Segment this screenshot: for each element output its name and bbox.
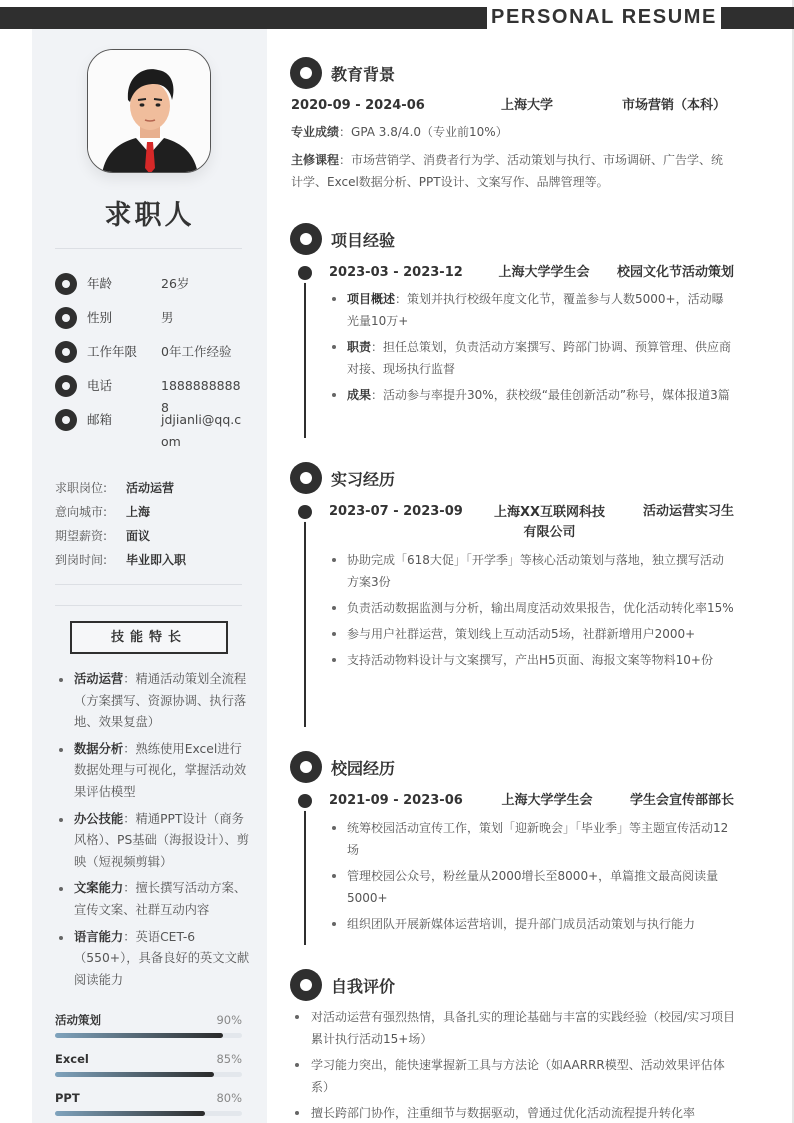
info-label: 年龄 bbox=[87, 273, 161, 295]
skill-label: 数据分析 bbox=[74, 742, 123, 756]
skill-item: 文案能力：擅长撰写活动方案、宣传文案、社群互动内容 bbox=[55, 878, 250, 921]
candidate-name: 求职人 bbox=[32, 193, 267, 232]
ring-bullet-icon bbox=[55, 409, 77, 431]
timeline-line bbox=[304, 800, 306, 945]
section-internship: 实习经历 bbox=[290, 462, 395, 494]
skill-label: 语言能力 bbox=[74, 930, 123, 944]
education-date: 2020-09 - 2024-06 bbox=[291, 97, 425, 115]
skill-item: 数据分析：熟练使用Excel进行数据处理与可视化，掌握活动效果评估模型 bbox=[55, 739, 250, 804]
campus-bullets: 统筹校园活动宣传工作，策划「迎新晚会」「毕业季」等主题宣传活动12场 管理校园公… bbox=[329, 817, 734, 939]
section-title: 自我评价 bbox=[331, 974, 395, 997]
info-value: 男 bbox=[161, 307, 243, 329]
skill-bar-fill bbox=[55, 1111, 205, 1116]
project-date: 2023-03 - 2023-12 bbox=[329, 264, 479, 282]
timeline-line bbox=[304, 272, 306, 438]
bullet-text: ：活动参与率提升30%，获校级“最佳创新活动”称号，媒体报道3篇 bbox=[371, 388, 730, 402]
sidebar: 求职人 年龄 26岁 性别 男 工作年限 0年工作经验 电话 188888888… bbox=[32, 29, 267, 1123]
internship-bullet: 负责活动数据监测与分析，输出周度活动效果报告，优化活动转化率15% bbox=[329, 597, 734, 619]
skill-bar-name: PPT bbox=[55, 1091, 80, 1105]
job-row-availability: 到岗时间:毕业即入职 bbox=[55, 552, 186, 568]
info-row-gender: 性别 男 bbox=[55, 307, 243, 329]
skill-label: 文案能力 bbox=[74, 881, 123, 895]
section-title: 教育背景 bbox=[331, 62, 395, 85]
internship-company: 上海XX互联网科技有限公司 bbox=[492, 503, 607, 543]
project-role: 校园文化节活动策划 bbox=[617, 264, 734, 282]
skill-bar-excel: Excel85% bbox=[55, 1052, 242, 1077]
campus-org: 上海大学学生会 bbox=[489, 792, 605, 810]
campus-bullet: 管理校园公众号，粉丝量从2000增长至8000+，单篇推文最高阅读量5000+ bbox=[329, 865, 734, 909]
info-label: 工作年限 bbox=[87, 341, 161, 363]
education-major: 市场营销（本科） bbox=[622, 97, 726, 115]
section-ring-icon bbox=[290, 751, 322, 783]
ring-bullet-icon bbox=[55, 273, 77, 295]
section-self-evaluation: 自我评价 bbox=[290, 969, 395, 1001]
gpa-label: 专业成绩 bbox=[291, 125, 339, 139]
email-value[interactable]: jdjianli@qq.com bbox=[161, 409, 243, 453]
education-school: 上海大学 bbox=[501, 97, 553, 115]
bullet-text: ：策划并执行校级年度文化节，覆盖参与人数5000+，活动曝光量10万+ bbox=[347, 292, 724, 328]
section-ring-icon bbox=[290, 969, 322, 1001]
job-row-city: 意向城市:上海 bbox=[55, 504, 150, 520]
timeline-dot-icon bbox=[298, 505, 312, 519]
info-row-email: 邮箱 jdjianli@qq.com bbox=[55, 409, 243, 431]
skill-item: 办公技能：精通PPT设计（商务风格）、PS基础（海报设计）、剪映（短视频剪辑） bbox=[55, 809, 250, 874]
bullet-label: 职责 bbox=[347, 340, 371, 354]
skill-bar-track bbox=[55, 1033, 242, 1038]
info-value: 0年工作经验 bbox=[161, 341, 243, 363]
skill-bar-percent: 90% bbox=[216, 1013, 242, 1027]
info-value: 26岁 bbox=[161, 273, 243, 295]
section-ring-icon bbox=[290, 223, 322, 255]
section-title: 校园经历 bbox=[331, 756, 395, 779]
self-evaluation-item: 对活动运营有强烈热情，具备扎实的理论基础与丰富的实践经验（校园/实习项目累计执行… bbox=[289, 1006, 739, 1050]
skill-bar-name: 活动策划 bbox=[55, 1013, 101, 1027]
ring-bullet-icon bbox=[55, 341, 77, 363]
job-value: 面议 bbox=[126, 529, 150, 543]
project-bullets: 项目概述：策划并执行校级年度文化节，覆盖参与人数5000+，活动曝光量10万+ … bbox=[329, 288, 734, 410]
courses-label: 主修课程 bbox=[291, 153, 339, 167]
job-value: 活动运营 bbox=[126, 481, 174, 495]
internship-header: 2023-07 - 2023-09 上海XX互联网科技有限公司 活动运营实习生 bbox=[329, 503, 734, 543]
ring-bullet-icon bbox=[55, 375, 77, 397]
project-org: 上海大学学生会 bbox=[489, 264, 599, 282]
section-projects: 项目经验 bbox=[290, 223, 395, 255]
self-evaluation-item: 擅长跨部门协作，注重细节与数据驱动，曾通过优化活动流程提升转化率 bbox=[289, 1102, 739, 1123]
info-label: 邮箱 bbox=[87, 409, 161, 431]
skill-bar-ppt: PPT80% bbox=[55, 1091, 242, 1116]
education-courses: 主修课程：市场营销学、消费者行为学、活动策划与执行、市场调研、广告学、统计学、E… bbox=[291, 149, 731, 193]
divider bbox=[55, 605, 242, 606]
avatar-portrait-icon bbox=[88, 50, 211, 173]
main-content: 教育背景 2020-09 - 2024-06 上海大学 市场营销（本科） 专业成… bbox=[283, 29, 763, 1123]
internship-bullet: 支持活动物料设计与文案撰写，产出H5页面、海报文案等物料10+份 bbox=[329, 649, 734, 671]
campus-date: 2021-09 - 2023-06 bbox=[329, 792, 479, 810]
ring-bullet-icon bbox=[55, 307, 77, 329]
self-evaluation-list: 对活动运营有强烈热情，具备扎实的理论基础与丰富的实践经验（校园/实习项目累计执行… bbox=[289, 1006, 739, 1123]
timeline-line bbox=[304, 511, 306, 727]
job-label: 求职岗位: bbox=[55, 480, 126, 496]
skill-bar-track bbox=[55, 1111, 242, 1116]
campus-bullet: 组织团队开展新媒体运营培训，提升部门成员活动策划与执行能力 bbox=[329, 913, 734, 935]
bullet-label: 成果 bbox=[347, 388, 371, 402]
job-label: 期望薪资: bbox=[55, 528, 126, 544]
self-evaluation-item: 学习能力突出，能快速掌握新工具与方法论（如AARRR模型、活动效果评估体系） bbox=[289, 1054, 739, 1098]
skill-bar-name: Excel bbox=[55, 1052, 89, 1066]
section-title: 项目经验 bbox=[331, 228, 395, 251]
info-label: 电话 bbox=[87, 375, 161, 397]
skill-item: 语言能力：英语CET-6（550+），具备良好的英文文献阅读能力 bbox=[55, 927, 250, 992]
section-campus: 校园经历 bbox=[290, 751, 395, 783]
job-value: 毕业即入职 bbox=[126, 553, 186, 567]
section-ring-icon bbox=[290, 57, 322, 89]
internship-bullet: 参与用户社群运营，策划线上互动活动5场，社群新增用户2000+ bbox=[329, 623, 734, 645]
section-ring-icon bbox=[290, 462, 322, 494]
timeline-dot-icon bbox=[298, 794, 312, 808]
courses-text: ：市场营销学、消费者行为学、活动策划与执行、市场调研、广告学、统计学、Excel… bbox=[291, 153, 723, 189]
project-bullet: 项目概述：策划并执行校级年度文化节，覆盖参与人数5000+，活动曝光量10万+ bbox=[329, 288, 734, 332]
resume-page: PERSONAL RESUME 求职人 年龄 26岁 bbox=[0, 0, 794, 1123]
campus-bullet: 统筹校园活动宣传工作，策划「迎新晚会」「毕业季」等主题宣传活动12场 bbox=[329, 817, 734, 861]
divider bbox=[55, 584, 242, 585]
skill-bar-percent: 85% bbox=[216, 1052, 242, 1066]
timeline-dot-icon bbox=[298, 266, 312, 280]
skill-bar-fill bbox=[55, 1072, 214, 1077]
job-row-salary: 期望薪资:面议 bbox=[55, 528, 150, 544]
skill-bar-fill bbox=[55, 1033, 223, 1038]
gpa-text: ：GPA 3.8/4.0（专业前10%） bbox=[339, 125, 508, 139]
skills-section-title: 技能特长 bbox=[70, 621, 228, 654]
skill-label: 活动运营 bbox=[74, 672, 123, 686]
info-row-experience: 工作年限 0年工作经验 bbox=[55, 341, 243, 363]
bullet-text: ：担任总策划，负责活动方案撰写、跨部门协调、预算管理、供应商对接、现场执行监督 bbox=[347, 340, 731, 376]
info-row-phone: 电话 18888888888 bbox=[55, 375, 243, 397]
info-row-age: 年龄 26岁 bbox=[55, 273, 243, 295]
info-label: 性别 bbox=[87, 307, 161, 329]
job-label: 到岗时间: bbox=[55, 552, 126, 568]
avatar bbox=[87, 49, 211, 173]
internship-bullet: 协助完成「618大促」「开学季」等核心活动策划与落地，独立撰写活动方案3份 bbox=[329, 549, 734, 593]
skill-label: 办公技能 bbox=[74, 812, 123, 826]
internship-date: 2023-07 - 2023-09 bbox=[329, 503, 479, 521]
section-education: 教育背景 bbox=[290, 57, 395, 89]
job-label: 意向城市: bbox=[55, 504, 126, 520]
resume-title: PERSONAL RESUME bbox=[487, 6, 721, 29]
job-row-position: 求职岗位:活动运营 bbox=[55, 480, 174, 496]
skill-item: 活动运营：精通活动策划全流程（方案撰写、资源协调、执行落地、效果复盘） bbox=[55, 669, 250, 734]
section-title: 实习经历 bbox=[331, 467, 395, 490]
internship-bullets: 协助完成「618大促」「开学季」等核心活动策划与落地，独立撰写活动方案3份 负责… bbox=[329, 549, 734, 675]
skill-bar-percent: 80% bbox=[216, 1091, 242, 1105]
job-value: 上海 bbox=[126, 505, 150, 519]
skills-list: 活动运营：精通活动策划全流程（方案撰写、资源协调、执行落地、效果复盘） 数据分析… bbox=[55, 669, 250, 996]
project-bullet: 职责：担任总策划，负责活动方案撰写、跨部门协调、预算管理、供应商对接、现场执行监… bbox=[329, 336, 734, 380]
bullet-label: 项目概述 bbox=[347, 292, 395, 306]
campus-role: 学生会宣传部部长 bbox=[630, 792, 734, 810]
divider bbox=[55, 248, 242, 249]
education-gpa: 专业成绩：GPA 3.8/4.0（专业前10%） bbox=[291, 121, 731, 143]
project-bullet: 成果：活动参与率提升30%，获校级“最佳创新活动”称号，媒体报道3篇 bbox=[329, 384, 734, 406]
internship-role: 活动运营实习生 bbox=[643, 503, 734, 521]
skill-bar-planning: 活动策划90% bbox=[55, 1013, 242, 1038]
skill-bar-track bbox=[55, 1072, 242, 1077]
